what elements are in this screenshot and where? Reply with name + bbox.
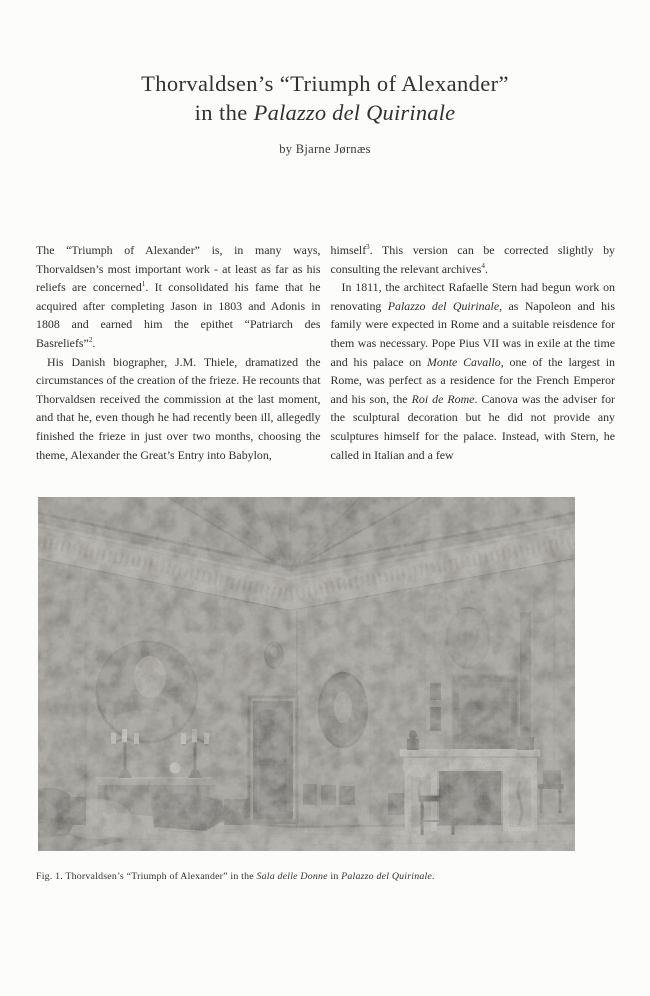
- column-left: The “Triumph of Alexander” is, in many w…: [36, 241, 321, 464]
- column-right: himself3. This version can be corrected …: [331, 241, 616, 464]
- paragraph: In 1811, the architect Rafaelle Stern ha…: [331, 278, 616, 464]
- paragraph: himself3. This version can be corrected …: [331, 241, 616, 278]
- paragraph: His Danish biographer, J.M. Thiele, dram…: [36, 353, 321, 465]
- room-photo-svg: [38, 497, 575, 851]
- figure-caption: Fig. 1. Thorvaldsen’s “Triumph of Alexan…: [36, 871, 615, 882]
- title-line-2: in the Palazzo del Quirinale: [0, 99, 650, 128]
- film-grain: [38, 497, 575, 851]
- paragraph: The “Triumph of Alexander” is, in many w…: [36, 241, 321, 353]
- page-title: Thorvaldsen’s “Triumph of Alexander” in …: [0, 70, 650, 127]
- journal-page: Thorvaldsen’s “Triumph of Alexander” in …: [0, 0, 650, 996]
- body-columns: The “Triumph of Alexander” is, in many w…: [36, 241, 615, 464]
- byline: by Bjarne Jørnæs: [0, 142, 650, 157]
- figure-photo: [38, 497, 575, 851]
- title-line-1: Thorvaldsen’s “Triumph of Alexander”: [0, 70, 650, 99]
